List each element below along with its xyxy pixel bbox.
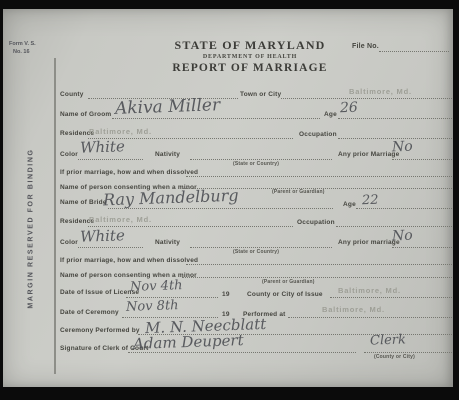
file-no-line xyxy=(379,51,449,52)
groom-nativity-hint: (State or Country) xyxy=(233,161,279,167)
bride-age-value: 22 xyxy=(362,193,379,209)
license-issue-date: Nov 4th xyxy=(130,278,183,295)
bride-dissolved-line xyxy=(186,264,452,265)
ceremony-date-value: Nov 8th xyxy=(126,298,179,315)
town-label: Town or City xyxy=(240,91,281,98)
bride-name-line xyxy=(108,208,333,209)
groom-dissolved-line xyxy=(186,176,452,177)
groom-occupation-label: Occupation xyxy=(299,131,337,138)
bride-occupation-label: Occupation xyxy=(297,219,335,226)
town-value-stamp: Baltimore, Md. xyxy=(349,87,412,96)
bride-age-label: Age xyxy=(343,201,356,208)
document-header: STATE OF MARYLAND DEPARTMENT OF HEALTH R… xyxy=(140,38,360,74)
bride-occupation-line xyxy=(336,226,452,227)
bride-nativity-label: Nativity xyxy=(155,239,180,246)
bride-nativity-hint: (State or Country) xyxy=(233,249,279,255)
groom-color-label: Color xyxy=(60,151,78,158)
clerk-signature-value: Adam Deupert xyxy=(133,331,244,353)
license-place-line xyxy=(330,297,452,298)
bride-prior-line xyxy=(392,247,452,248)
ceremony-date-label: Date of Ceremony xyxy=(60,309,119,316)
bride-color-label: Color xyxy=(60,239,78,246)
license-place-value: Baltimore, Md. xyxy=(338,286,401,295)
header-department: DEPARTMENT OF HEALTH xyxy=(140,54,360,60)
bride-residence-value: Baltimore, Md. xyxy=(89,215,152,224)
bride-age-line xyxy=(356,208,452,209)
bride-dissolved-label: If prior marriage, how and when dissolve… xyxy=(60,257,198,264)
groom-prior-line xyxy=(392,159,452,160)
bride-name-label: Name of Bride xyxy=(60,199,107,206)
file-no-label: File No. xyxy=(352,43,379,50)
binding-divider-line xyxy=(54,58,56,374)
bride-prior-label: Any prior marriage xyxy=(338,239,400,246)
groom-age-line xyxy=(338,118,452,119)
scanned-marriage-report: Form V. S. No. 16 MARGIN RESERVED FOR BI… xyxy=(0,0,459,400)
bride-prior-value: No xyxy=(392,228,413,245)
groom-color-value: White xyxy=(80,137,125,157)
county-label: County xyxy=(60,91,84,98)
binding-margin-note: MARGIN RESERVED FOR BINDING xyxy=(28,123,35,335)
groom-prior-label: Any prior Marriage xyxy=(338,151,399,158)
form-code: Form V. S. xyxy=(9,41,36,47)
clerk-title-value: Clerk xyxy=(370,332,406,348)
groom-name-value: Akiva Miller xyxy=(115,95,221,119)
bride-color-value: White xyxy=(80,226,125,246)
groom-age-value: 26 xyxy=(340,100,358,117)
performed-by-label: Ceremony Performed by xyxy=(60,327,140,334)
groom-consent-hint: (Parent or Guardian) xyxy=(272,189,325,195)
clerk-signature-line xyxy=(128,352,356,353)
town-line xyxy=(281,98,452,99)
clerk-title-line xyxy=(364,352,452,353)
form-number: No. 16 xyxy=(13,49,30,55)
groom-dissolved-label: If prior marriage, how and when dissolve… xyxy=(60,169,198,176)
performed-at-value: Baltimore, Md. xyxy=(322,305,385,314)
bride-nativity-line xyxy=(190,247,332,248)
license-place-label: County or City of Issue xyxy=(247,291,323,298)
groom-age-label: Age xyxy=(324,111,337,118)
clerk-title-hint: (County or City) xyxy=(374,354,415,360)
header-report-title: REPORT OF MARRIAGE xyxy=(140,62,360,74)
groom-prior-value: No xyxy=(392,139,413,156)
bride-consent-line xyxy=(182,277,452,278)
bride-color-line xyxy=(78,247,143,248)
groom-residence-value: Baltimore, Md. xyxy=(89,127,152,136)
header-state: STATE OF MARYLAND xyxy=(140,38,360,53)
groom-nativity-label: Nativity xyxy=(155,151,180,158)
groom-nativity-line xyxy=(190,159,332,160)
license-year-prefix: 19 xyxy=(222,291,230,298)
license-issue-label: Date of Issue of License xyxy=(60,289,139,296)
bride-consent-hint: (Parent or Guardian) xyxy=(262,279,315,285)
groom-name-label: Name of Groom xyxy=(60,111,111,118)
groom-color-line xyxy=(78,159,143,160)
performed-at-line xyxy=(288,317,452,318)
groom-name-line xyxy=(112,118,320,119)
